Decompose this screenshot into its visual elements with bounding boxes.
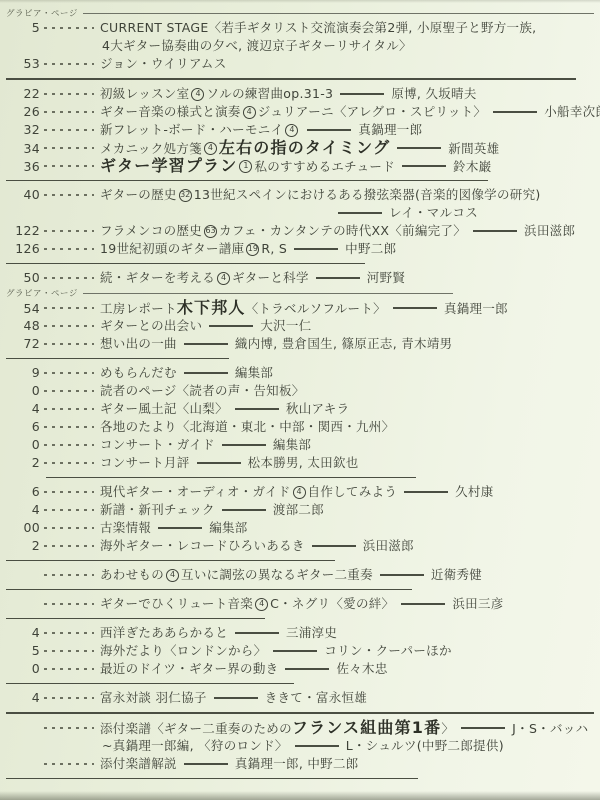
entry-text: 近衛秀健: [431, 566, 482, 584]
circled-number: 4: [191, 88, 204, 101]
toc-row: 22初級レッスン室4ソルの練習曲op.31-3原博, 久坂晴夫: [6, 85, 594, 103]
toc-row: 54工房レポート 木下邦人〈トラベルソフルート〉真鍋理一郎: [6, 299, 594, 317]
toc-row: 0最近のドイツ・ギター界の動き佐々木忠: [6, 660, 594, 678]
page-number: 53: [6, 55, 40, 73]
dotted-leader: [44, 93, 94, 95]
entry-text: 浜田滋郎: [363, 537, 414, 555]
entry-text: 添付楽譜〈ギター二重奏のための: [100, 720, 292, 738]
toc-row: 添付楽譜解説真鍋理一郎, 中野二郎: [6, 755, 594, 773]
entry-title-bold: 左右の指のタイミング: [219, 139, 390, 157]
circled-number: 4: [243, 106, 256, 119]
entry-text: 原博, 久坂晴夫: [391, 85, 476, 103]
entry-text: 編集部: [273, 436, 311, 454]
section-divider: [46, 477, 416, 478]
toc-row: 40ギターの歴史3213世紀スペインにおけるある撥弦楽器(音楽的図像学の研究): [6, 186, 594, 204]
entry-text: ギターとの出会い: [100, 317, 202, 335]
toc-row: 0読者のページ〈読者の声・告知板〉: [6, 382, 594, 400]
dotted-leader: [44, 372, 94, 374]
dotted-leader: [44, 194, 94, 196]
entry-text: 各地のたより〈北海道・東北・中部・関西・九州〉: [100, 418, 394, 436]
page-number: 54: [6, 300, 40, 318]
entry-text: めもらんだむ: [100, 364, 177, 382]
circled-number: 4: [285, 124, 298, 137]
entry-text: ギターと科学: [232, 269, 309, 287]
toc-row: 26ギター音楽の様式と演奏4ジュリアーニ〈アレグロ・スピリット〉小船幸次郎: [6, 103, 594, 121]
page-number: 4: [6, 624, 40, 642]
toc-row: 32新フレット-ボード・ハーモニイ4真鍋理一郎: [6, 121, 594, 139]
entry-text: 編集部: [235, 364, 273, 382]
entry-text: 想い出の一曲: [100, 335, 177, 353]
circled-number: 1: [239, 160, 252, 173]
gravure-page-label: グラビア・ページ: [6, 7, 594, 19]
author-separator: [473, 230, 517, 232]
entry-text: 真鍋理一郎: [444, 300, 508, 318]
dotted-leader: [44, 763, 94, 765]
circled-number: 19: [246, 243, 259, 256]
section-divider: [6, 618, 265, 619]
dotted-leader: [44, 632, 94, 634]
circled-number: 63: [204, 225, 217, 238]
entry-text: C・ネグリ〈愛の絆〉: [270, 595, 394, 613]
toc-row: 50続・ギターを考える4ギターと科学河野賢: [6, 269, 594, 287]
entry-text: ソルの練習曲op.31-3: [206, 85, 333, 103]
toc-list: グラビア・ページ5CURRENT STAGE〈若手ギタリスト交流演奏会第2弾, …: [6, 7, 594, 779]
dotted-leader: [44, 426, 94, 428]
entry-text: 浜田滋郎: [524, 222, 575, 240]
dotted-leader: [44, 462, 94, 464]
author-separator: [316, 277, 360, 279]
entry-text: 渡部二郎: [273, 501, 324, 519]
entry-text: R, S: [261, 240, 287, 258]
page-number: 36: [6, 158, 40, 176]
dotted-leader: [44, 147, 94, 149]
entry-text: 古楽情報: [100, 519, 151, 537]
author-separator: [285, 668, 329, 670]
gravure-page-label-text: グラビア・ページ: [6, 287, 78, 299]
author-separator: [402, 165, 446, 167]
section-divider: [6, 589, 412, 590]
toc-row: 12619世紀初頭のギター譜庫19R, S中野二郎: [6, 240, 594, 258]
entry-text: 互いに調弦の異なるギター二重奏: [181, 566, 373, 584]
toc-row: 122フラメンコの歴史63カフェ・カンタンテの時代XX〈前編完了〉浜田滋郎: [6, 222, 594, 240]
toc-row: 5海外だより〈ロンドンから〉コリン・クーパーほか: [6, 642, 594, 660]
entry-text: コンサート・ガイド: [100, 436, 215, 454]
gravure-label-rule: [83, 293, 453, 294]
entry-text: 秋山アキラ: [286, 400, 350, 418]
page-number: 22: [6, 85, 40, 103]
author-separator: [338, 212, 382, 214]
entry-text: 河野賢: [367, 269, 405, 287]
toc-row: 00古楽情報編集部: [6, 519, 594, 537]
circled-number: 4: [255, 598, 268, 611]
gravure-page-label: グラビア・ページ: [6, 287, 594, 299]
author-separator: [184, 763, 228, 765]
page-number: 4: [6, 400, 40, 418]
entry-text: 最近のドイツ・ギター界の動き: [100, 660, 278, 678]
toc-row: 6各地のたより〈北海道・東北・中部・関西・九州〉: [6, 418, 594, 436]
entry-text: 大沢一仁: [260, 317, 311, 335]
entry-text: ギター音楽の様式と演奏: [100, 103, 241, 121]
page-number: 32: [6, 121, 40, 139]
dotted-leader: [44, 408, 94, 410]
toc-row: 0コンサート・ガイド編集部: [6, 436, 594, 454]
toc-row: 9めもらんだむ編集部: [6, 364, 594, 382]
author-separator: [235, 632, 279, 634]
page-number: 4: [6, 501, 40, 519]
dotted-leader: [44, 343, 94, 345]
toc-row: 2海外ギター・レコードひろいあるき浜田滋郎: [6, 537, 594, 555]
author-separator: [294, 248, 338, 250]
entry-text: あわせもの: [100, 566, 164, 584]
dotted-leader: [44, 111, 94, 113]
page-number: 48: [6, 317, 40, 335]
entry-text: 初級レッスン室: [100, 85, 189, 103]
section-divider: [6, 560, 335, 561]
dotted-leader: [44, 444, 94, 446]
page-number: 0: [6, 436, 40, 454]
dotted-leader: [44, 545, 94, 547]
entry-text: 松本勝男, 太田欽也: [248, 454, 359, 472]
entry-text: 読者のページ〈読者の声・告知板〉: [100, 382, 305, 400]
author-separator: [380, 574, 424, 576]
entry-text: 私のすすめるエチュード: [254, 158, 395, 176]
author-separator: [404, 491, 448, 493]
toc-row: レイ・マルコス: [6, 204, 594, 222]
page-number: 6: [6, 418, 40, 436]
toc-row: 4大ギター協奏曲の夕べ, 渡辺京子ギターリサイタル〉: [6, 37, 594, 55]
dotted-leader: [44, 63, 94, 65]
dotted-leader: [44, 491, 94, 493]
entry-text: 19世紀初頭のギター譜庫: [100, 240, 244, 258]
author-separator: [184, 372, 228, 374]
author-separator: [340, 93, 384, 95]
author-separator: [397, 147, 441, 149]
circled-number: 32: [179, 189, 192, 202]
page-number: 00: [6, 519, 40, 537]
entry-text: 真鍋理一郎: [358, 121, 422, 139]
dotted-leader: [44, 574, 94, 576]
entry-text: 久村康: [455, 483, 493, 501]
author-separator: [461, 727, 505, 729]
entry-text: 工房レポート: [100, 300, 177, 318]
toc-row: 72想い出の一曲織内博, 豊倉国生, 篠原正志, 青木靖男: [6, 335, 594, 353]
author-separator: [197, 462, 241, 464]
toc-row: 2コンサート月評松本勝男, 太田欽也: [6, 454, 594, 472]
section-divider: [6, 358, 229, 359]
entry-text: 続・ギターを考える: [100, 269, 215, 287]
entry-text: J・S・バッハ: [512, 720, 588, 738]
author-separator: [307, 129, 351, 131]
entry-title-bold: 木下邦人: [177, 299, 246, 317]
entry-text: 4大ギター協奏曲の夕べ, 渡辺京子ギターリサイタル〉: [102, 37, 412, 55]
author-separator: [393, 307, 437, 309]
page-number: 5: [6, 19, 40, 37]
toc-row: 53ジョン・ウイリアムス: [6, 55, 594, 73]
dotted-leader: [44, 307, 94, 309]
dotted-leader: [44, 697, 94, 699]
author-separator: [235, 408, 279, 410]
section-divider: [6, 263, 365, 264]
dotted-leader: [44, 248, 94, 250]
entry-title-bold: フランス組曲第1番: [292, 719, 441, 737]
entry-text: CURRENT STAGE〈若手ギタリスト交流演奏会第2弾, 小原聖子と野方一族…: [100, 19, 536, 37]
dotted-leader: [44, 509, 94, 511]
entry-text: 新間英雄: [448, 140, 499, 158]
toc-row: 4富永対談 羽仁協子ききて・富永恒雄: [6, 689, 594, 707]
entry-text: 海外だより〈ロンドンから〉: [100, 642, 266, 660]
entry-text: 佐々木忠: [336, 660, 387, 678]
section-divider: [6, 778, 418, 779]
author-separator: [401, 603, 445, 605]
dotted-leader: [44, 277, 94, 279]
entry-text: 新譜・新刊チェック: [100, 501, 215, 519]
dotted-leader: [44, 650, 94, 652]
entry-text: 添付楽譜解説: [100, 755, 177, 773]
toc-row: 48ギターとの出会い大沢一仁: [6, 317, 594, 335]
toc-row: 4西洋ぎたああらかると三浦淳史: [6, 624, 594, 642]
dotted-leader: [44, 165, 94, 167]
toc-row: 36ギター学習プラン1私のすすめるエチュード鈴木巌: [6, 157, 594, 175]
toc-row: 添付楽譜〈ギター二重奏のためのフランス組曲第1番〉J・S・バッハ: [6, 719, 594, 737]
author-separator: [493, 111, 537, 113]
page-number: 6: [6, 483, 40, 501]
section-divider: [6, 78, 576, 80]
entry-text: 真鍋理一郎, 中野二郎: [235, 755, 359, 773]
entry-text: 織内博, 豊倉国生, 篠原正志, 青木靖男: [235, 335, 453, 353]
entry-text: ギター風土記〈山梨〉: [100, 400, 228, 418]
entry-text: 新フレット-ボード・ハーモニイ: [100, 121, 283, 139]
entry-text: 西洋ぎたああらかると: [100, 624, 228, 642]
entry-text: フラメンコの歴史: [100, 222, 202, 240]
entry-text: コンサート月評: [100, 454, 190, 472]
entry-text: コリン・クーパーほか: [324, 642, 451, 660]
gravure-label-rule: [83, 13, 594, 14]
entry-text: 海外ギター・レコードひろいあるき: [100, 537, 305, 555]
dotted-leader: [44, 668, 94, 670]
page-number: 4: [6, 689, 40, 707]
entry-text: 13世紀スペインにおけるある撥弦楽器(音楽的図像学の研究): [194, 186, 541, 204]
toc-row: ギターでひくリュート音楽4C・ネグリ〈愛の絆〉浜田三彦: [6, 595, 594, 613]
toc-row: 4新譜・新刊チェック渡部二郎: [6, 501, 594, 519]
entry-text: ~真鍋理一郎編, 〈狩のロンド〉: [102, 737, 288, 755]
entry-text: 浜田三彦: [452, 595, 503, 613]
page-number: 34: [6, 140, 40, 158]
toc-row: あわせもの4互いに調弦の異なるギター二重奏近衛秀健: [6, 566, 594, 584]
toc-row: 4ギター風土記〈山梨〉秋山アキラ: [6, 400, 594, 418]
page-number: 26: [6, 103, 40, 121]
entry-text: 自作してみよう: [308, 483, 398, 501]
toc-row: 34メカニック処方箋4左右の指のタイミング新間英雄: [6, 139, 594, 157]
author-separator: [158, 527, 202, 529]
author-separator: [295, 745, 339, 747]
author-separator: [209, 325, 253, 327]
author-separator: [273, 650, 317, 652]
author-separator: [214, 697, 258, 699]
author-separator: [222, 444, 266, 446]
page-number: 50: [6, 269, 40, 287]
entry-text: 編集部: [209, 519, 247, 537]
page-number: 5: [6, 642, 40, 660]
entry-text: 鈴木巌: [453, 158, 491, 176]
dotted-leader: [44, 27, 94, 29]
entry-text: ジョン・ウイリアムス: [100, 55, 227, 73]
section-divider: [6, 683, 294, 684]
entry-text: カフェ・カンタンテの時代XX〈前編完了〉: [219, 222, 466, 240]
page-number: 72: [6, 335, 40, 353]
page-number: 2: [6, 537, 40, 555]
dotted-leader: [44, 603, 94, 605]
entry-text: 富永対談 羽仁協子: [100, 689, 207, 707]
circled-number: 4: [204, 142, 217, 155]
page-number: 0: [6, 382, 40, 400]
toc-paper: グラビア・ページ5CURRENT STAGE〈若手ギタリスト交流演奏会第2弾, …: [0, 0, 600, 800]
dotted-leader: [44, 129, 94, 131]
entry-text: 中野二郎: [345, 240, 396, 258]
entry-text: 小船幸次郎: [544, 103, 600, 121]
page-number: 2: [6, 454, 40, 472]
page-number: 0: [6, 660, 40, 678]
author-separator: [312, 545, 356, 547]
entry-text: ギターでひくリュート音楽: [100, 595, 253, 613]
page-number: 9: [6, 364, 40, 382]
author-separator: [222, 509, 266, 511]
dotted-leader: [44, 727, 94, 729]
toc-row: ~真鍋理一郎編, 〈狩のロンド〉L・シュルツ(中野二郎提供): [6, 737, 594, 755]
entry-text: 〉: [441, 720, 454, 738]
circled-number: 4: [217, 272, 230, 285]
gravure-page-label-text: グラビア・ページ: [6, 7, 78, 19]
entry-text: 〈トラベルソフルート〉: [246, 300, 386, 318]
section-divider: [6, 712, 594, 714]
entry-text: ききて・富永恒雄: [265, 689, 367, 707]
dotted-leader: [44, 230, 94, 232]
entry-text: ジュリアーニ〈アレグロ・スピリット〉: [258, 103, 487, 121]
section-divider: [6, 180, 488, 181]
entry-text: ギターの歴史: [100, 186, 177, 204]
dotted-leader: [44, 325, 94, 327]
entry-text: L・シュルツ(中野二郎提供): [346, 737, 504, 755]
dotted-leader: [44, 390, 94, 392]
dotted-leader: [44, 527, 94, 529]
entry-text: レイ・マルコス: [389, 204, 478, 222]
page-number: 40: [6, 186, 40, 204]
page-number: 122: [6, 222, 40, 240]
toc-row: 5CURRENT STAGE〈若手ギタリスト交流演奏会第2弾, 小原聖子と野方一…: [6, 19, 594, 37]
entry-title-bold: ギター学習プラン: [100, 157, 237, 175]
circled-number: 4: [166, 569, 179, 582]
page-number: 126: [6, 240, 40, 258]
entry-text: 現代ギター・オーディオ・ガイド: [100, 483, 291, 501]
circled-number: 4: [293, 486, 306, 499]
author-separator: [184, 343, 228, 345]
toc-row: 6現代ギター・オーディオ・ガイド4自作してみよう久村康: [6, 483, 594, 501]
magazine-toc-photo: グラビア・ページ5CURRENT STAGE〈若手ギタリスト交流演奏会第2弾, …: [0, 0, 600, 800]
entry-text: 三浦淳史: [286, 624, 337, 642]
